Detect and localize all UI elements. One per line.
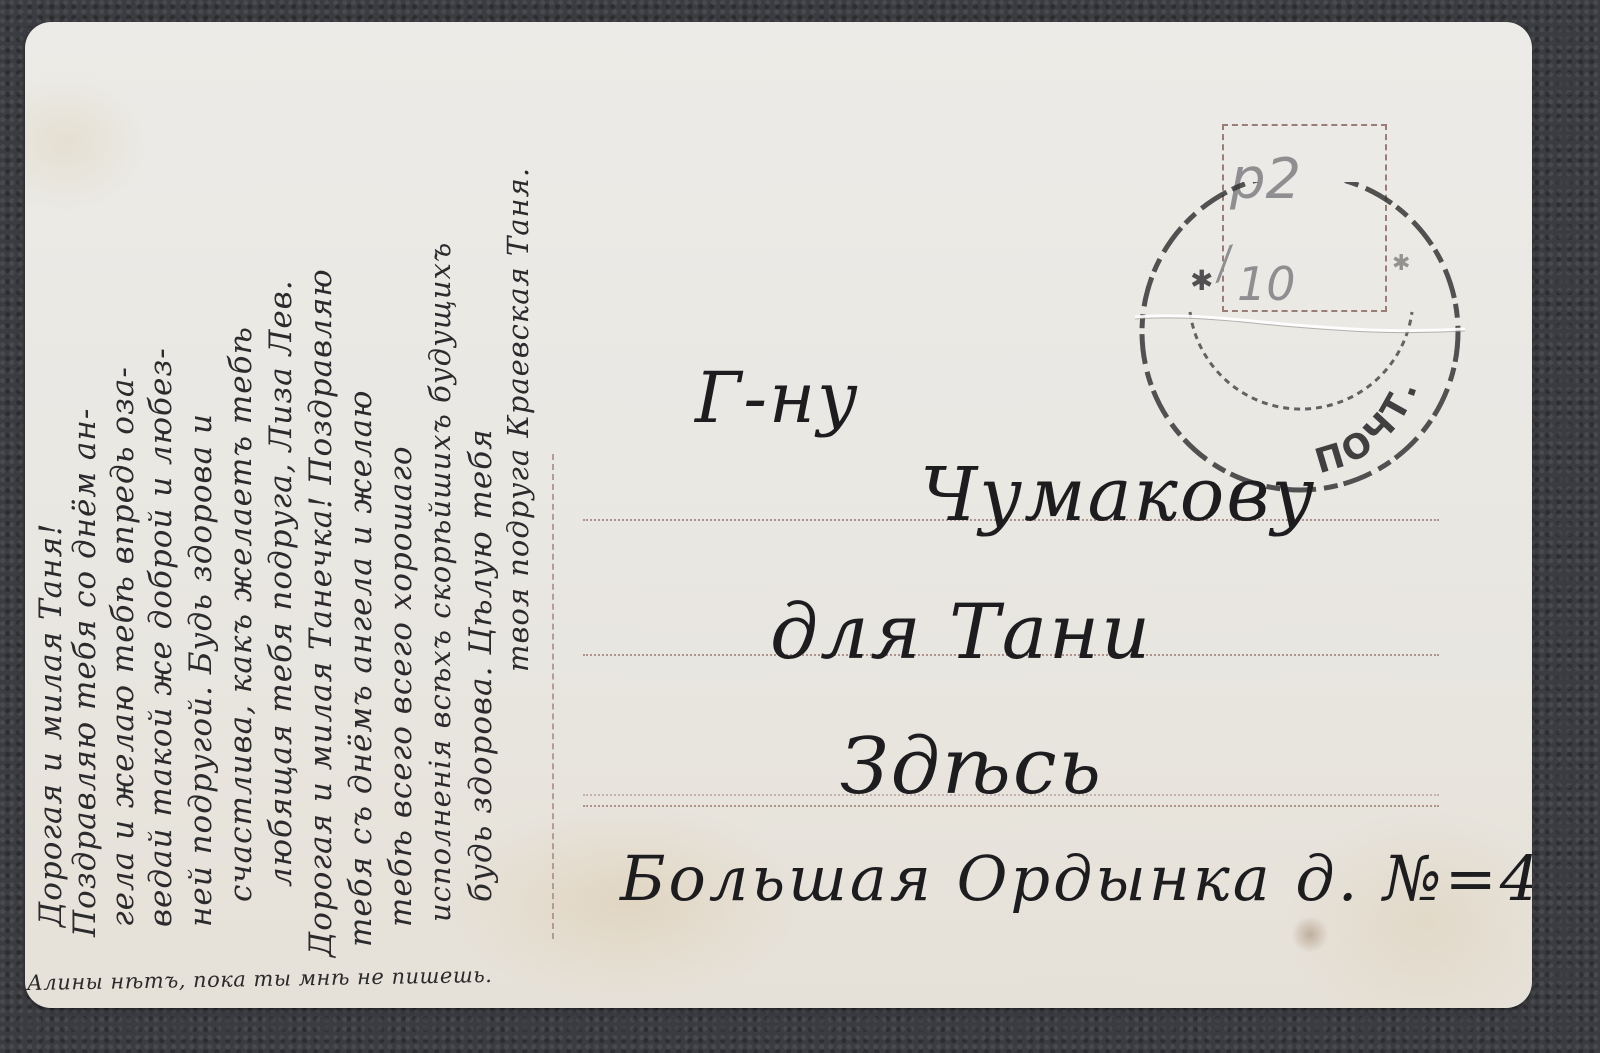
svg-text:✱: ✱ [1392,251,1410,276]
message-line: Дорогая и милая Таня! [33,522,69,927]
address-for: для Тани [770,587,1152,676]
ink-stain [1290,917,1330,952]
message-line: тебя съ днёмъ ангела и желаю [343,390,379,947]
message-line: тебѣ всего всего хорошаго [383,445,419,927]
message-line: твоя подруга Краевская Таня. [501,167,535,672]
address-street: Большая Ордынка д. №=49 [620,842,1532,915]
message-footer: Алины нѣтъ, пока ты мнѣ не пишешь. [27,963,493,995]
message-line: Дорогая и милая Танечка! Поздравляю [303,268,339,957]
message-line: будь здорова. Цѣлую тебя [463,428,499,902]
message-line: исполненія всѣхъ скорѣйшихъ будущихъ [423,242,457,922]
address-recipient: Чумакову [920,452,1316,538]
message-line: любящая тебя подруга, Лиза Лев. [263,279,299,887]
svg-text:✱: ✱ [1190,264,1213,297]
divider-line [552,454,554,939]
message-line: ведай такой же доброй и любез- [143,347,179,927]
message-line: Поздравляю тебя со днём ан- [67,408,103,937]
message-line: гела и желаю тебѣ впредь оза- [105,366,141,927]
address-salutation: Г-ну [695,357,860,439]
postcard: Дорогая и милая Таня! Поздравляю тебя со… [25,22,1532,1008]
message-line: счастлива, какъ желаетъ тебѣ [223,326,259,902]
paper-crease [1135,307,1465,347]
address-city: Здѣсь [840,722,1103,812]
message-line: ней подругой. Будь здорова и [183,413,219,927]
